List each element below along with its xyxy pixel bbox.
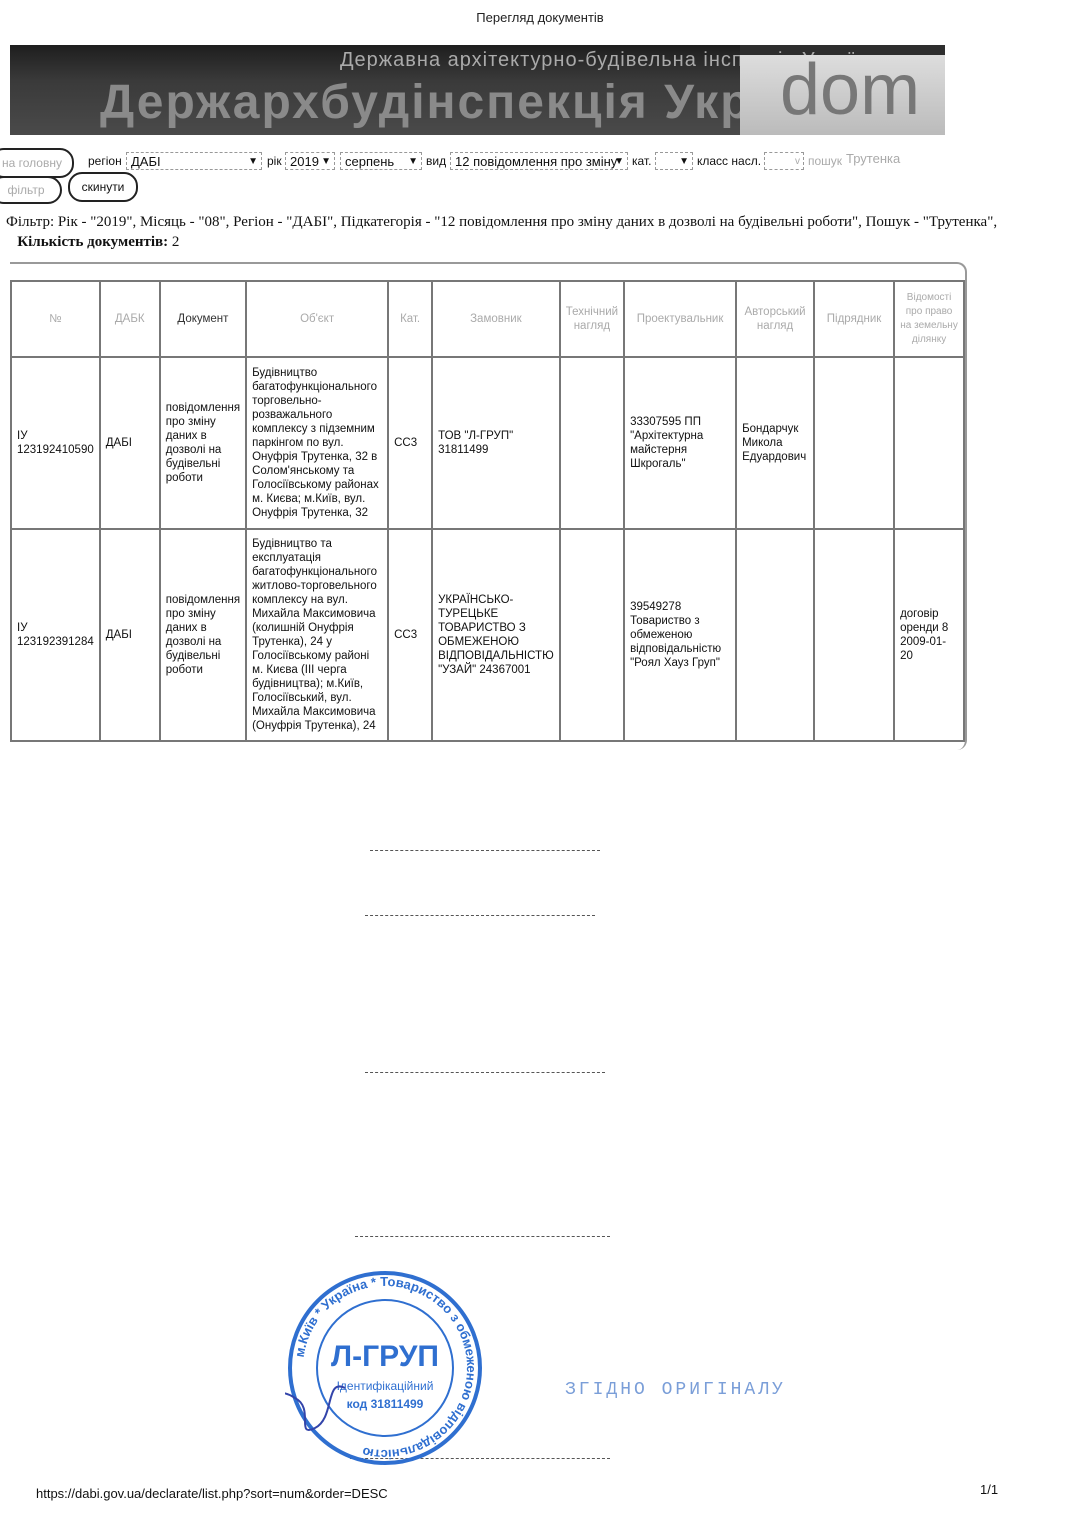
year-select[interactable]: 2019▼	[285, 152, 335, 170]
cell-number: ІУ 123192391284	[11, 529, 100, 741]
col-tech-supervision[interactable]: Технічний нагляд	[560, 281, 624, 357]
document-count-label: Кількість документів:	[17, 234, 168, 250]
cell-customer: УКРАЇНСЬКО-ТУРЕЦЬКЕ ТОВАРИСТВО З ОБМЕЖЕН…	[432, 529, 560, 741]
cell-customer: ТОВ "Л-ГРУП" 31811499	[432, 357, 560, 529]
cell-category: СС3	[388, 357, 432, 529]
class-label: класс насл.	[697, 154, 761, 168]
reset-button[interactable]: скинути	[68, 172, 138, 202]
cell-contractor	[814, 357, 894, 529]
cell-designer: 39549278 Товариство з обмеженою відповід…	[624, 529, 736, 741]
cell-author-supervision: Бондарчук Микола Едуардович	[736, 357, 814, 529]
type-label: вид	[426, 154, 446, 168]
cell-dabk: ДАБІ	[100, 529, 160, 741]
cell-number: ІУ 123192410590	[11, 357, 100, 529]
cell-category: СС3	[388, 529, 432, 741]
stamp-id-code: код 31811499	[347, 1397, 424, 1411]
chevron-down-icon: ▼	[679, 153, 689, 171]
type-select[interactable]: 12 повідомлення про зміну▼	[450, 152, 628, 170]
col-object[interactable]: Об'єкт	[246, 281, 388, 357]
cell-object: Будівництво багатофункціонального торгов…	[246, 357, 388, 529]
company-stamp: м.Київ * Україна * Товариство з обмежено…	[285, 1268, 485, 1468]
year-label: рік	[267, 154, 282, 168]
dash-line	[370, 850, 600, 852]
chevron-down-icon: ▼	[321, 153, 331, 171]
table-row: ІУ 123192410590 ДАБІ повідомлення про зм…	[11, 357, 964, 529]
category-label: кат.	[632, 154, 651, 168]
filter-bar: на головну регіон ДАБІ▼ рік 2019▼ серпен…	[0, 148, 1000, 208]
col-dabk[interactable]: ДАБК	[100, 281, 160, 357]
table-row: ІУ 123192391284 ДАБІ повідомлення про зм…	[11, 529, 964, 741]
dash-line	[365, 1072, 605, 1074]
chevron-down-icon: v	[795, 153, 800, 171]
stamp-id-label: Ідентифікаційний	[337, 1379, 434, 1393]
col-category[interactable]: Кат.	[388, 281, 432, 357]
site-banner: Державна архітектурно-будівельна інспекц…	[10, 45, 945, 135]
dash-line	[365, 915, 595, 917]
class-select[interactable]: v	[764, 152, 804, 170]
cell-land-rights	[894, 357, 964, 529]
print-header-title: Перегляд документів	[0, 10, 1080, 25]
stamp-name: Л-ГРУП	[331, 1340, 439, 1373]
cell-designer: 33307595 ПП "Архітектурна майстерня Шкро…	[624, 357, 736, 529]
cell-tech-supervision	[560, 529, 624, 741]
col-contractor[interactable]: Підрядник	[814, 281, 894, 357]
certified-copy-stamp: ЗГІДНО ОРИГІНАЛУ	[565, 1380, 786, 1400]
month-select[interactable]: серпень▼	[340, 152, 422, 170]
filter-summary: Фільтр: Рік - "2019", Місяць - "08", Рег…	[6, 212, 1066, 252]
cell-author-supervision	[736, 529, 814, 741]
cell-land-rights: договір оренди 8 2009-01-20	[894, 529, 964, 741]
cell-dabk: ДАБІ	[100, 357, 160, 529]
col-designer[interactable]: Проектувальник	[624, 281, 736, 357]
footer-page-number: 1/1	[980, 1482, 998, 1497]
table-header-row: № ДАБК Документ Об'єкт Кат. Замовник Тех…	[11, 281, 964, 357]
chevron-down-icon: ▼	[614, 153, 624, 171]
banner-logo-area: dom	[740, 55, 945, 135]
category-select[interactable]: ▼	[655, 152, 693, 170]
home-button[interactable]: на головну	[0, 148, 74, 178]
dash-line	[355, 1236, 610, 1238]
filter-summary-text: Фільтр: Рік - "2019", Місяць - "08", Рег…	[6, 214, 997, 230]
col-author-supervision[interactable]: Авторський нагляд	[736, 281, 814, 357]
cell-tech-supervision	[560, 357, 624, 529]
chevron-down-icon: ▼	[408, 153, 418, 171]
search-label: пошук	[808, 154, 842, 168]
dom-logo: dom	[780, 49, 920, 131]
documents-table: № ДАБК Документ Об'єкт Кат. Замовник Тех…	[10, 280, 965, 742]
col-document[interactable]: Документ	[160, 281, 246, 357]
filter-button[interactable]: фільтр	[0, 176, 62, 204]
region-select[interactable]: ДАБІ▼	[126, 152, 262, 170]
cell-document: повідомлення про зміну даних в дозволі н…	[160, 357, 246, 529]
document-count-value: 2	[172, 234, 180, 250]
cell-object: Будівництво та експлуатація багатофункці…	[246, 529, 388, 741]
chevron-down-icon: ▼	[248, 153, 258, 171]
footer-url: https://dabi.gov.ua/declarate/list.php?s…	[36, 1486, 388, 1501]
col-customer[interactable]: Замовник	[432, 281, 560, 357]
col-number[interactable]: №	[11, 281, 100, 357]
region-label: регіон	[88, 154, 122, 168]
cell-contractor	[814, 529, 894, 741]
cell-document: повідомлення про зміну даних в дозволі н…	[160, 529, 246, 741]
col-land-rights[interactable]: Відомості про право на земельну ділянку	[894, 281, 964, 357]
search-input[interactable]: Трутенка	[842, 150, 932, 168]
